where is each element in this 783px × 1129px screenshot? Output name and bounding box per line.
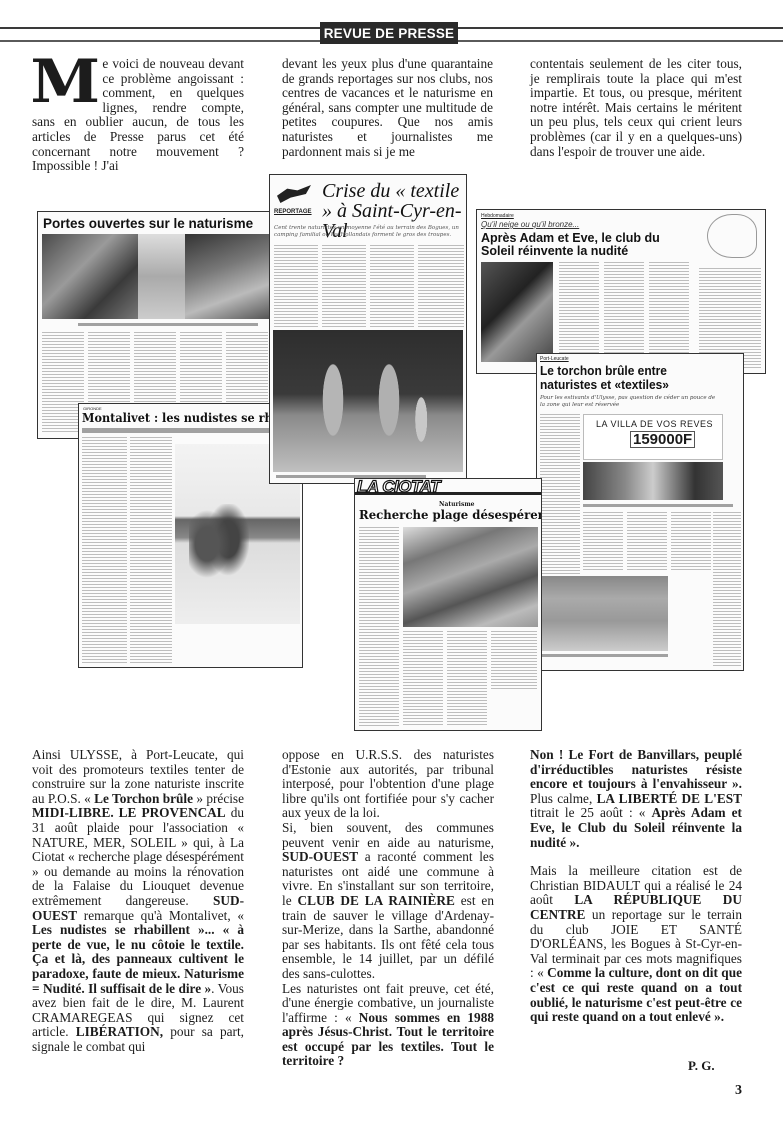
article-text [82, 437, 127, 665]
intro-column-1: M e voici de nouveau devant ce problème … [32, 57, 244, 174]
bold-run: Après Adam et Eve, le Club du Soleil réi… [530, 805, 742, 849]
clipping-subtitle: Qu'il neige ou qu'il bronze... [481, 220, 579, 229]
caption [78, 323, 258, 326]
photo-cliff [403, 527, 538, 627]
la-ciotat-logo: LA CIOTAT [357, 478, 440, 497]
intro-text-3: contentais seulement de les citer tous, … [530, 57, 742, 159]
bold-run: Le Torchon brûle [94, 791, 193, 806]
photo-runner [138, 234, 185, 319]
bold-run: SUD-OUEST [282, 849, 358, 864]
clipping-title: Le torchon brûle entre naturistes et «te… [540, 364, 724, 392]
article-text [583, 512, 623, 572]
bold-run: LIBÉRATION, [76, 1024, 163, 1039]
la-ciotat-band: LA CIOTAT [355, 479, 541, 495]
article-text [671, 512, 711, 572]
article-text [491, 631, 537, 691]
bold-run: LA RÉPUBLIQUE DU CENTRE [530, 892, 742, 922]
reportage-logo [277, 185, 311, 203]
bold-run: MIDI-LIBRE. LE PROVENCAL [32, 805, 226, 820]
clipping-la-ciotat: LA CIOTAT Naturisme Recherche plage dése… [354, 478, 542, 731]
bold-run: Non ! Le Fort de Banvillars, peuplé d'ir… [530, 747, 742, 791]
clipping-title: Portes ouvertes sur le naturisme [43, 216, 253, 231]
caption [583, 504, 733, 507]
article-text [604, 262, 644, 362]
villa-advert: LA VILLA DE VOS REVES 159000F [583, 414, 723, 460]
body-text-3b: Mais la meilleure citation est de Christ… [530, 864, 742, 1025]
photo-building-fence [540, 576, 668, 651]
clipping-kicker: Port-Leucate [540, 356, 569, 362]
body-text-1: Ainsi ULYSSE, à Port-Leucate, qui voit d… [32, 748, 244, 1054]
clipping-title: Recherche plage désespérement [359, 507, 542, 522]
article-text [322, 245, 366, 327]
bold-run: Les nudistes se rhabillent »... « à pert… [32, 922, 244, 995]
advert-price: 159000F [630, 431, 695, 448]
bold-run: Nous sommes en 1988 après Jésus-Christ. … [282, 1010, 494, 1069]
article-text [627, 512, 667, 572]
body-text-2b: Si, bien souvent, des communes peuvent v… [282, 821, 494, 982]
clipping-kicker: REPORTAGE [274, 209, 312, 215]
intro-column-2: devant les yeux plus d'une quarantaine d… [282, 57, 493, 159]
bold-run: SUD-OUEST [32, 893, 244, 923]
clipping-lede: Cent trente naturistes en moyenne l'été … [274, 225, 464, 239]
article-text [370, 245, 414, 327]
article-text [559, 262, 599, 362]
section-label: REVUE DE PRESSE [320, 22, 458, 44]
body-text-3a: Non ! Le Fort de Banvillars, peuplé d'ir… [530, 748, 742, 850]
clipping-kicker: Hebdomadaire [481, 213, 514, 219]
intro-text-2: devant les yeux plus d'une quarantaine d… [282, 57, 493, 159]
drop-cap: M [30, 59, 100, 107]
photo-crowd [42, 234, 138, 319]
article-text [447, 631, 487, 727]
article-text [418, 245, 464, 327]
clipping-lede: Pour les estivants d'Ulysse, pas questio… [540, 395, 720, 409]
advert-title: LA VILLA DE VOS REVES [596, 419, 713, 429]
caption [540, 654, 668, 657]
page-number: 3 [735, 1083, 742, 1099]
body-column-1: Ainsi ULYSSE, à Port-Leucate, qui voit d… [32, 748, 244, 1054]
article-text [649, 262, 689, 362]
article-text [359, 527, 399, 727]
article-text [274, 245, 318, 327]
clipping-adam-eve: Hebdomadaire Qu'il neige ou qu'il bronze… [476, 209, 766, 374]
photo-villas [583, 462, 723, 500]
clipping-camp-photo [540, 576, 750, 681]
body-text-2a: oppose en U.R.S.S. des naturistes d'Esto… [282, 748, 494, 821]
article-text [540, 414, 580, 574]
clipping-title: Après Adam et Eve, le club du Soleil réi… [481, 232, 681, 258]
photo-club-members [481, 262, 553, 362]
lede [82, 428, 297, 433]
author-signature: P. G. [688, 1058, 715, 1074]
bold-run: LA LIBERTÉ DE L'EST [597, 791, 742, 806]
body-column-2: oppose en U.R.S.S. des naturistes d'Esto… [282, 748, 494, 1069]
photo-pool [185, 234, 269, 319]
bold-run: CLUB DE LA RAINIÈRE [298, 893, 455, 908]
clipping-crise-textile: REPORTAGE Crise du « textile » à Saint-C… [269, 174, 467, 484]
photo-figures [305, 335, 445, 465]
body-text-2c: Les naturistes ont fait preuve, cet été,… [282, 982, 494, 1070]
illustration-sketch [707, 214, 757, 258]
article-text [130, 437, 172, 665]
photo-figures [189, 504, 249, 604]
article-text [403, 631, 443, 727]
bold-run: Comme la culture, dont on dit que c'est … [530, 965, 742, 1024]
intro-column-3: contentais seulement de les citer tous, … [530, 57, 742, 159]
body-column-3: Non ! Le Fort de Banvillars, peuplé d'ir… [530, 748, 742, 1025]
